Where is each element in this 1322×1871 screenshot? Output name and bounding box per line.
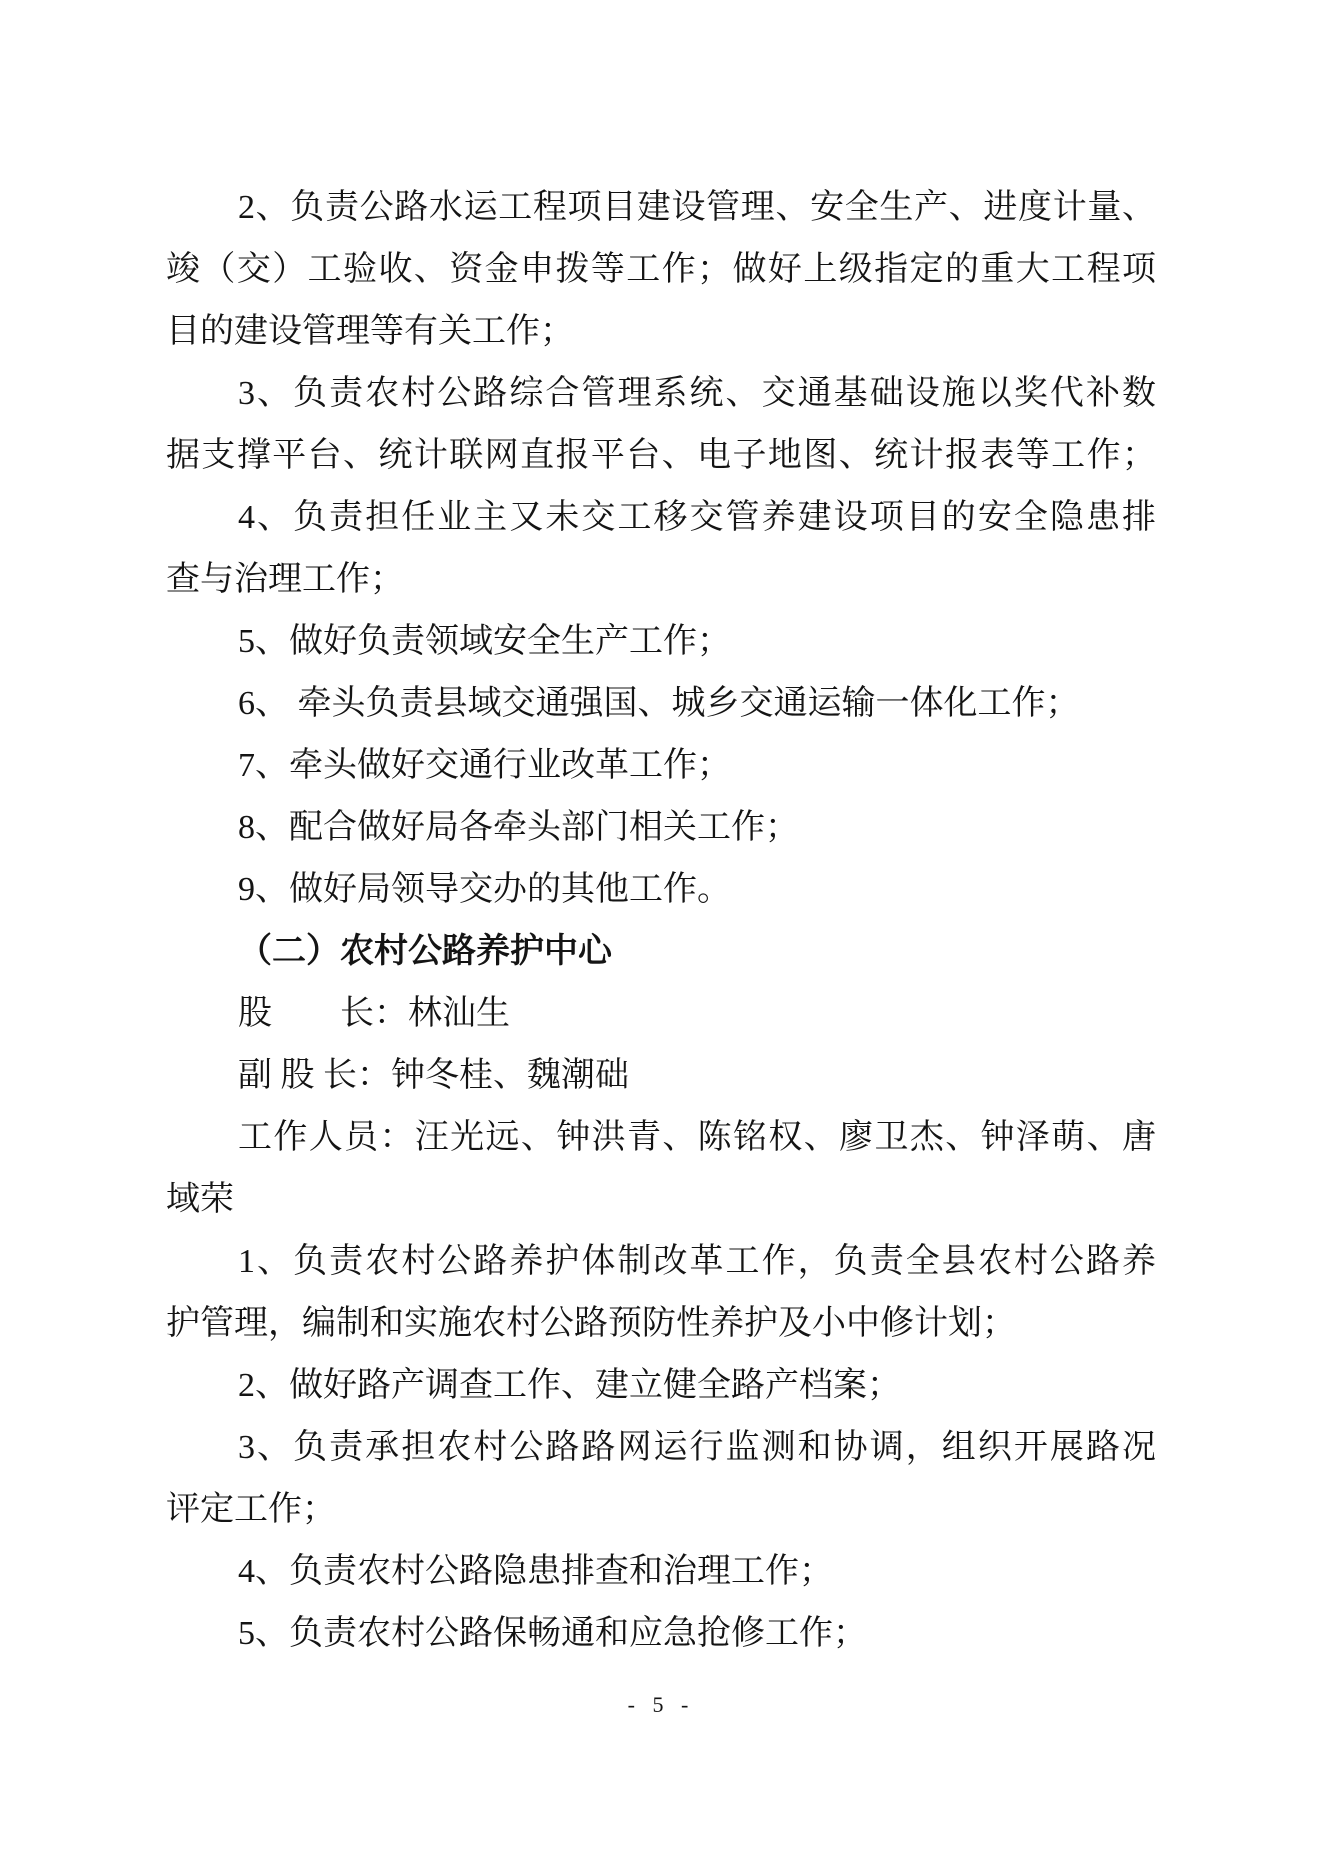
staff-line-chief: 股 长：林汕生	[166, 983, 1156, 1045]
staff-line-deputy: 副 股 长：钟冬桂、魏潮础	[166, 1045, 1156, 1107]
text-line: 2、做好路产调查工作、建立健全路产档案；	[166, 1355, 1156, 1417]
text-line: 查与治理工作；	[166, 549, 1156, 611]
text-line: 8、配合做好局各牵头部门相关工作；	[166, 797, 1156, 859]
text-line: 2、负责公路水运工程项目建设管理、安全生产、进度计量、	[166, 177, 1156, 239]
text-line: 7、牵头做好交通行业改革工作；	[166, 735, 1156, 797]
text-line: 竣（交）工验收、资金申拨等工作；做好上级指定的重大工程项	[166, 239, 1156, 301]
text-line: 5、负责农村公路保畅通和应急抢修工作；	[166, 1603, 1156, 1665]
text-line: 目的建设管理等有关工作；	[166, 301, 1156, 363]
document-page: 2、负责公路水运工程项目建设管理、安全生产、进度计量、 竣（交）工验收、资金申拨…	[0, 0, 1322, 1871]
page-number: - 5 -	[0, 1692, 1322, 1718]
staff-line-members: 工作人员：汪光远、钟洪青、陈铭权、廖卫杰、钟泽萌、唐	[166, 1107, 1156, 1169]
staff-line-members-cont: 域荣	[166, 1169, 1156, 1231]
text-line: 9、做好局领导交办的其他工作。	[166, 859, 1156, 921]
text-line: 评定工作；	[166, 1479, 1156, 1541]
text-line: 据支撑平台、统计联网直报平台、电子地图、统计报表等工作；	[166, 425, 1156, 487]
text-line: 1、负责农村公路养护体制改革工作，负责全县农村公路养	[166, 1231, 1156, 1293]
document-body: 2、负责公路水运工程项目建设管理、安全生产、进度计量、 竣（交）工验收、资金申拨…	[166, 177, 1156, 1665]
text-line: 4、负责农村公路隐患排查和治理工作；	[166, 1541, 1156, 1603]
text-line: 6、 牵头负责县域交通强国、城乡交通运输一体化工作；	[166, 673, 1156, 735]
text-line: 3、负责承担农村公路路网运行监测和协调，组织开展路况	[166, 1417, 1156, 1479]
text-line: 护管理，编制和实施农村公路预防性养护及小中修计划；	[166, 1293, 1156, 1355]
text-line: 3、负责农村公路综合管理系统、交通基础设施以奖代补数	[166, 363, 1156, 425]
text-line: 4、负责担任业主又未交工移交管养建设项目的安全隐患排	[166, 487, 1156, 549]
section-heading: （二）农村公路养护中心	[166, 921, 1156, 983]
text-line: 5、做好负责领域安全生产工作；	[166, 611, 1156, 673]
